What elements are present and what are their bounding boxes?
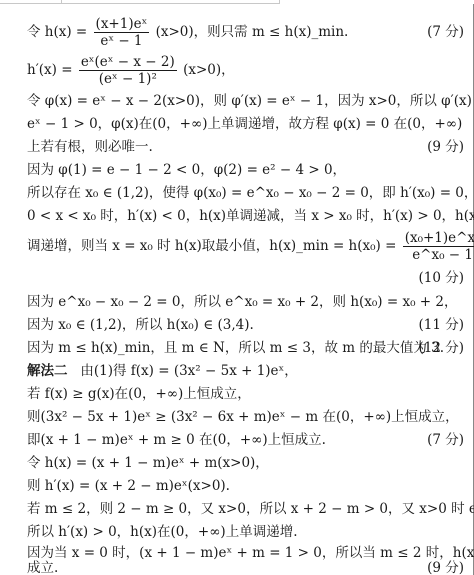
line-9: 调递增，则当 x = x₀ 时 h(x)取最小值，h(x)_min = h(x₀…: [27, 228, 464, 264]
line-3: 令 φ(x) = eˣ − x − 2(x>0)，则 φ′(x) = eˣ − …: [27, 93, 464, 110]
line-6: 因为 φ(1) = e − 1 − 2 < 0，φ(2) = e² − 4 > …: [27, 162, 464, 179]
line-23: 成立.(9 分): [27, 560, 464, 575]
score-label: (10 分): [418, 270, 464, 287]
top-frame: [0, 0, 280, 4]
line-11: 因为 e^x₀ − x₀ − 2 = 0，所以 e^x₀ = x₀ + 2，则 …: [27, 294, 464, 311]
line-18: 令 h(x) = (x + 1 − m)eˣ + m(x>0)，: [27, 455, 464, 472]
line-2: h′(x) = eˣ(eˣ − x − 2)(eˣ − 1)² (x>0)，: [27, 52, 464, 88]
score-label: (11 分): [418, 317, 464, 334]
line-20: 若 m ≤ 2，则 2 − m ≥ 0，又 x>0，所以 x + 2 − m >…: [27, 501, 464, 518]
fraction: (x+1)eˣeˣ − 1: [94, 16, 150, 49]
line-17: 即(x + 1 − m)eˣ + m ≥ 0 在(0，+∞)上恒成立.(7 分): [27, 432, 464, 449]
formula-text: (x>0)，则只需 m ≤ h(x)_min.: [156, 24, 349, 40]
score-label: (9 分): [427, 560, 464, 575]
score-label: (9 分): [427, 139, 464, 156]
formula-text: h′(x) =: [27, 62, 73, 78]
line-12: 因为 x₀ ∈ (1,2)，所以 h(x₀) ∈ (3,4).(11 分): [27, 317, 464, 334]
frame-divider: [61, 0, 62, 4]
line-14: 解法二 由(1)得 f(x) = (3x² − 5x + 1)eˣ，: [27, 363, 464, 380]
score-label: (7 分): [427, 432, 464, 449]
line-5: 上若有根，则必唯一.(9 分): [27, 139, 464, 156]
fraction: eˣ(eˣ − x − 2)(eˣ − 1)²: [79, 54, 177, 87]
score-label: (12 分): [418, 340, 464, 357]
line-1: 令 h(x) = (x+1)eˣeˣ − 1 (x>0)，则只需 m ≤ h(x…: [27, 14, 464, 50]
line-8: 0 < x < x₀ 时，h′(x) < 0，h(x)单调递减，当 x > x₀…: [27, 208, 464, 225]
line-13: 因为 m ≤ h(x)_min，且 m ∈ N，所以 m ≤ 3，故 m 的最大…: [27, 340, 464, 357]
fraction: (x₀+1)e^x₀e^x₀ − 1: [403, 230, 474, 263]
method-label: 解法二: [27, 363, 68, 379]
line-7: 所以存在 x₀ ∈ (1,2)，使得 φ(x₀) = e^x₀ − x₀ − 2…: [27, 185, 464, 202]
line-21: 所以 h′(x) > 0，h(x)在(0，+∞)上单调递增.: [27, 524, 464, 541]
score-label: (7 分): [427, 14, 464, 50]
line-4: eˣ − 1 > 0，φ(x)在(0，+∞)上单调递增，故方程 φ(x) = 0…: [27, 116, 464, 133]
line-15: 若 f(x) ≥ g(x)在(0，+∞)上恒成立，: [27, 386, 464, 403]
line-16: 则(3x² − 5x + 1)eˣ ≥ (3x² − 6x + m)eˣ − m…: [27, 409, 464, 426]
line-19: 则 h′(x) = (x + 2 − m)eˣ(x>0).: [27, 478, 464, 495]
formula-text: 令 h(x) =: [27, 24, 87, 40]
formula-text: (x>0)，: [183, 62, 235, 78]
